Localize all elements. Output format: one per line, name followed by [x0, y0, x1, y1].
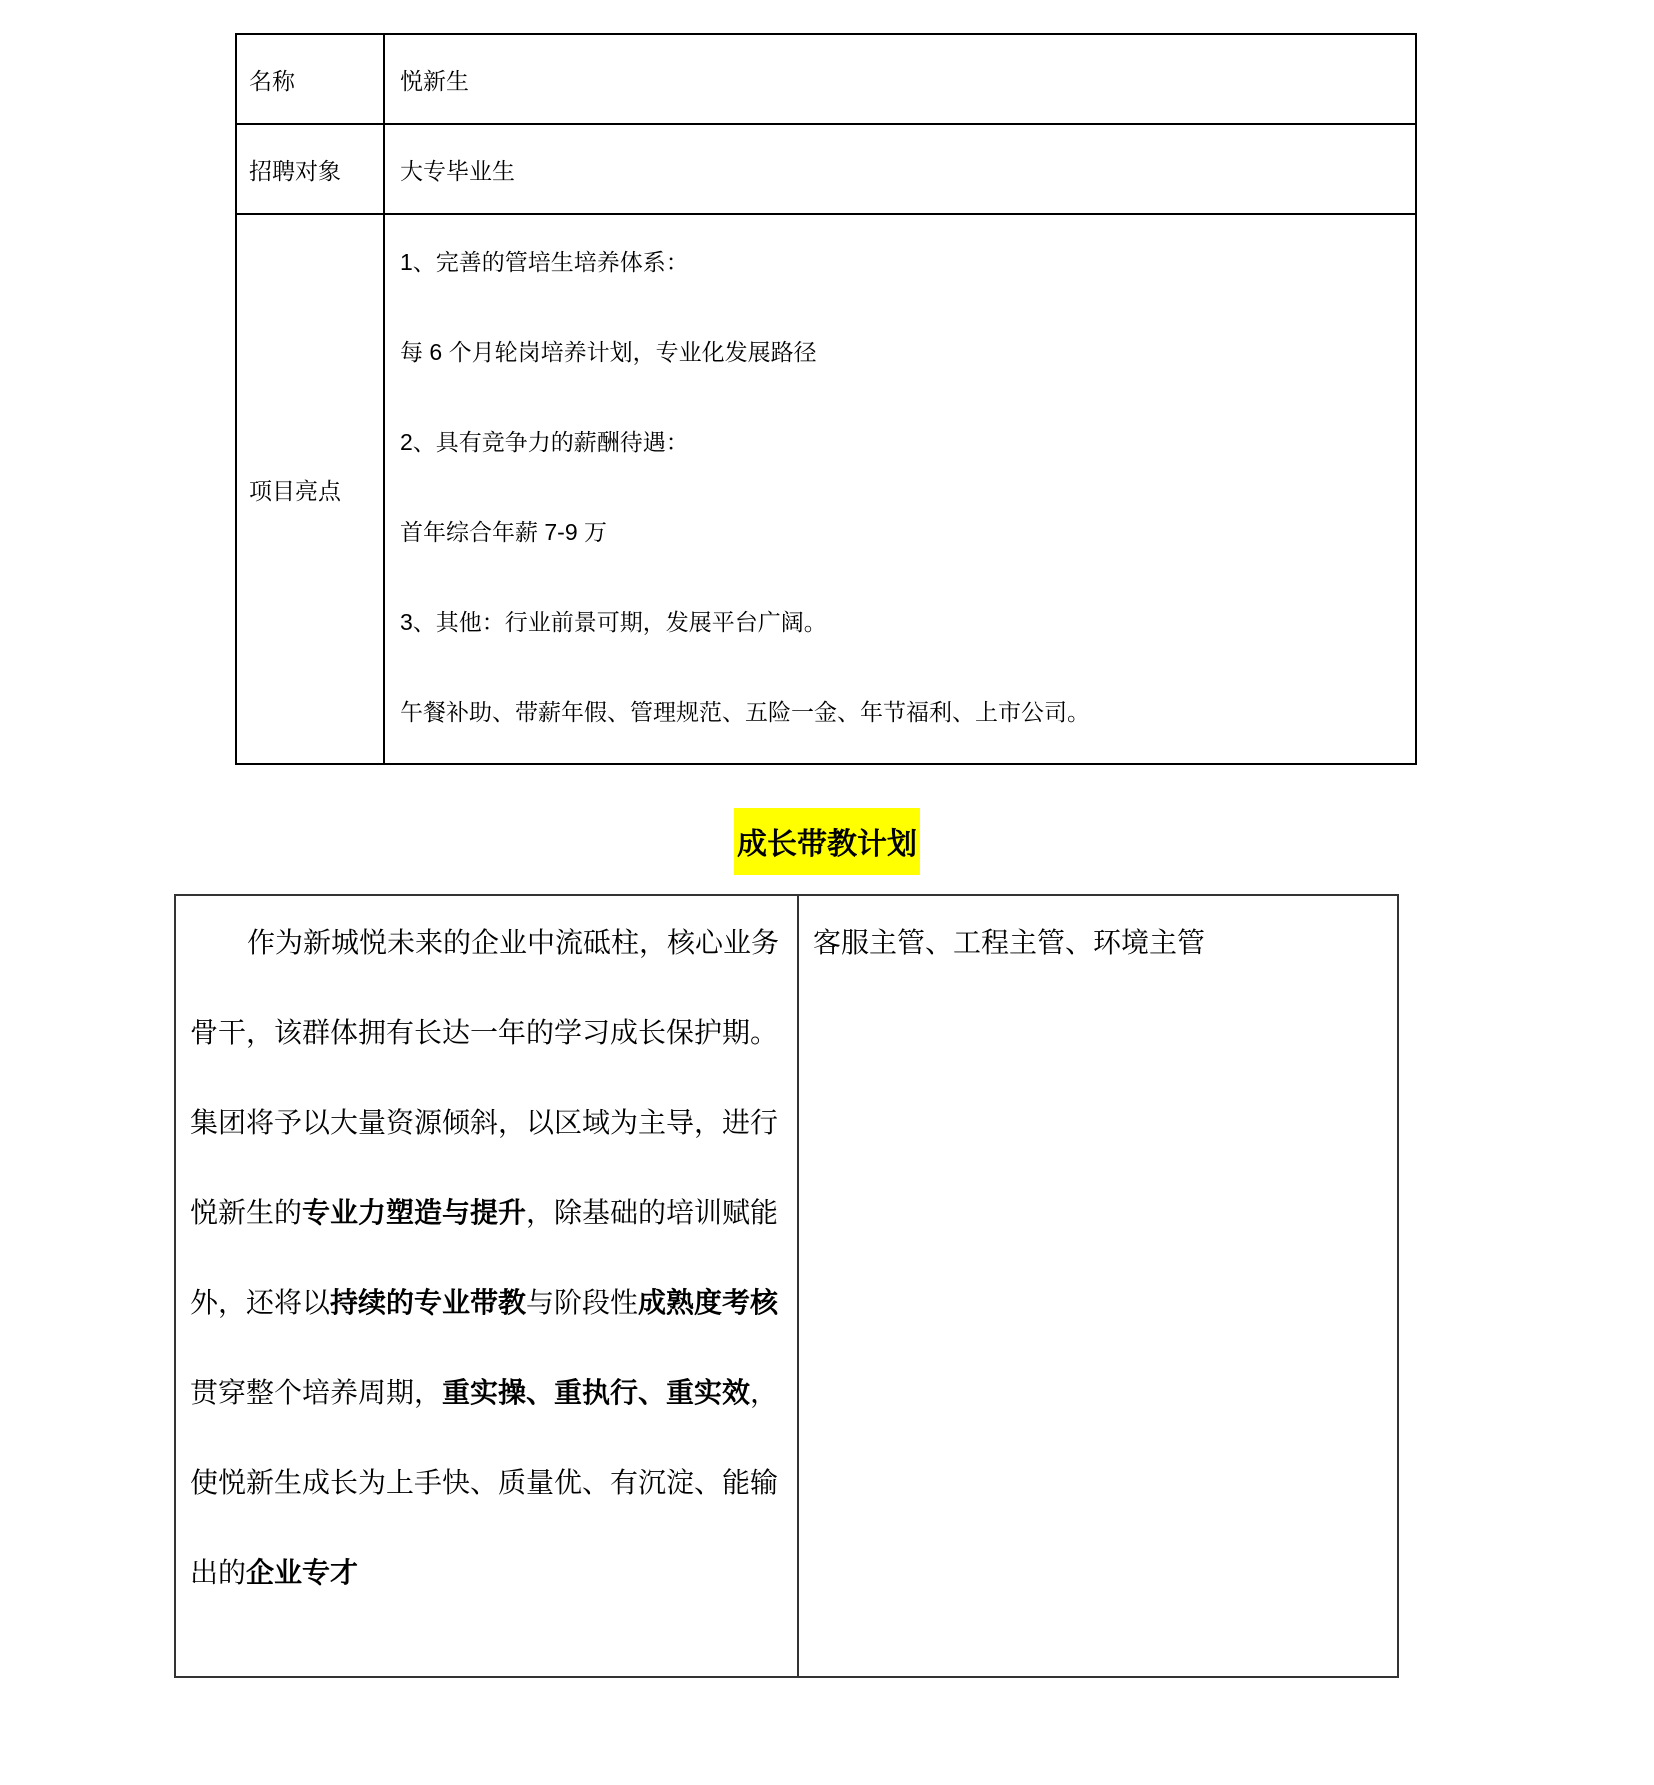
- growth-plan-table: 作为新城悦未来的企业中流砥柱，核心业务骨干，该群体拥有长达一年的学习成长保护期。…: [174, 894, 1399, 1678]
- target-roles-cell: 客服主管、工程主管、环境主管: [798, 895, 1398, 1677]
- highlight-line-3: 2、具有竞争力的薪酬待遇：: [400, 397, 1400, 487]
- row-value-name: 悦新生: [384, 34, 1416, 124]
- target-roles-text: 客服主管、工程主管、环境主管: [813, 898, 1383, 988]
- highlight-line-4: 首年综合年薪 7-9 万: [400, 487, 1400, 577]
- highlight-line-1: 1、完善的管培生培养体系：: [400, 217, 1400, 307]
- highlight-line-6: 午餐补助、带薪年假、管理规范、五险一金、年节福利、上市公司。: [400, 667, 1400, 757]
- highlight-line-5: 3、其他：行业前景可期，发展平台广阔。: [400, 577, 1400, 667]
- table-row-name: 名称 悦新生: [236, 34, 1416, 124]
- table-row-recruit-target: 招聘对象 大专毕业生: [236, 124, 1416, 214]
- row-label-highlights: 项目亮点: [236, 214, 384, 764]
- highlight-line-2: 每 6 个月轮岗培养计划，专业化发展路径: [400, 307, 1400, 397]
- table-row-highlights: 项目亮点 1、完善的管培生培养体系： 每 6 个月轮岗培养计划，专业化发展路径 …: [236, 214, 1416, 764]
- growth-description-cell: 作为新城悦未来的企业中流砥柱，核心业务骨干，该群体拥有长达一年的学习成长保护期。…: [175, 895, 798, 1677]
- row-label-name: 名称: [236, 34, 384, 124]
- row-label-recruit-target: 招聘对象: [236, 124, 384, 214]
- program-info-table: 名称 悦新生 招聘对象 大专毕业生 项目亮点 1、完善的管培生培养体系： 每 6…: [235, 33, 1417, 765]
- row-value-recruit-target: 大专毕业生: [384, 124, 1416, 214]
- section-heading: 成长带教计划: [0, 808, 1654, 875]
- growth-description-paragraph: 作为新城悦未来的企业中流砥柱，核心业务骨干，该群体拥有长达一年的学习成长保护期。…: [190, 898, 783, 1618]
- growth-plan-row: 作为新城悦未来的企业中流砥柱，核心业务骨干，该群体拥有长达一年的学习成长保护期。…: [175, 895, 1398, 1677]
- section-heading-highlight: 成长带教计划: [734, 808, 920, 875]
- row-value-highlights: 1、完善的管培生培养体系： 每 6 个月轮岗培养计划，专业化发展路径 2、具有竞…: [384, 214, 1416, 764]
